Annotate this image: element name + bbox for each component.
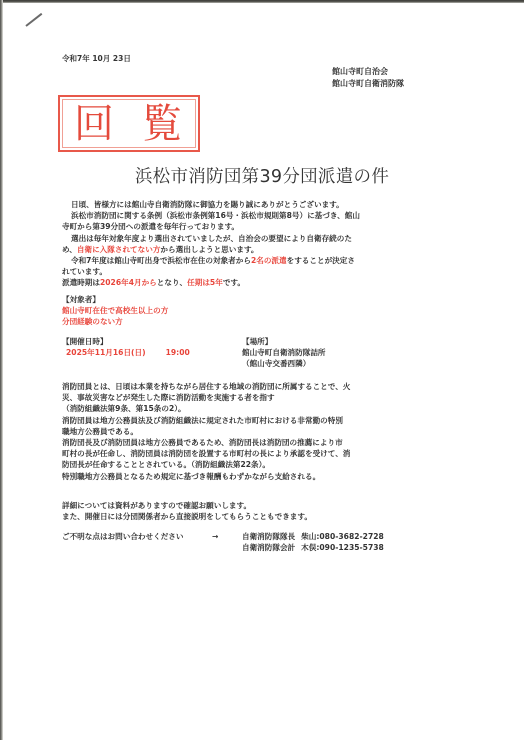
location-name: 館山寺町自衛消防隊詰所	[242, 347, 442, 358]
document-date: 令和7年 10月 23日	[62, 53, 131, 64]
page-title: 浜松市消防団第39分団派遣の件	[0, 163, 524, 188]
target-item: 館山寺町在住で高校生以上の方	[62, 305, 462, 316]
text: です。	[223, 278, 245, 287]
contact-role: 自衛消防隊隊長	[242, 531, 295, 542]
schedule-date: 2025年11月16日(日)	[66, 348, 146, 357]
explanation-line: 消防団員とは、日頃は本業を持ちながら居住する地域の消防団に所属することで、火	[62, 381, 462, 392]
stamp-char-2: 覧	[142, 104, 182, 144]
location-section: 【場所】 館山寺町自衛消防隊詰所 （館山寺交番西隣）	[242, 336, 442, 370]
highlight-non-member: 自衛に入隊されてない方	[77, 245, 161, 254]
details-line: 詳細については資料がありますので確認お願いします。	[62, 500, 462, 511]
explanation-line: 特別職地方公務員となるため規定に基づき報酬もわずかながら支給される。	[62, 471, 462, 482]
target-heading: 【対象者】	[62, 294, 462, 305]
text: となり、	[157, 278, 187, 287]
details-paragraph: 詳細については資料がありますので確認お願いします。 また、開催日には分団関係者か…	[62, 500, 462, 522]
details-line: また、開催日には分団関係者から直接説明をしてもらうこともできます。	[62, 511, 462, 522]
schedule-section: 【開催日時】 2025年11月16日(日)19:00	[62, 336, 212, 358]
pen-mark	[25, 13, 42, 27]
text: め、	[62, 245, 77, 254]
intro-line: 選出は毎年対象年度より選出されていましたが、自治会の要望により自衛存続のた	[62, 233, 462, 244]
contact-phone: 080-3682-2728	[319, 531, 383, 542]
intro-line: 浜松市消防団に関する条例（浜松市条例第16号・浜松市規則第8号）に基づき、館山	[62, 210, 462, 221]
text: 派遣時期は	[62, 278, 100, 287]
explanation-line: 防団長が任命することとされている。（消防組織法第22条）。	[62, 459, 462, 470]
intro-line: 日頃、皆様方には館山寺自衛消防隊に御協力を賜り誠にありがとうございます。	[62, 199, 462, 210]
contact-section: ご不明な点はお問い合わせください → 自衛消防隊隊長 柴山 : 080-3682…	[62, 531, 502, 553]
text: をすることが決定さ	[287, 256, 355, 265]
contact-name: 木俣	[301, 542, 316, 553]
contact-row: 自衛消防隊会計 木俣 : 090-1235-5738	[62, 542, 502, 553]
sender-association: 館山寺町自治会	[332, 66, 404, 78]
arrow-right-icon: →	[212, 531, 242, 542]
target-item: 分団経験のない方	[62, 316, 462, 327]
scan-shadow-top	[0, 0, 524, 3]
explanation-line: 災、事故災害などが発生した際に消防活動を実施する者を指す	[62, 392, 462, 403]
contact-role: 自衛消防隊会計	[242, 542, 295, 553]
sender-block: 館山寺町自治会 館山寺町自衛消防隊	[332, 66, 404, 90]
location-note: （館山寺交番西隣）	[242, 358, 442, 369]
location-heading: 【場所】	[242, 336, 442, 347]
schedule-time: 19:00	[166, 348, 190, 357]
explanation-line: 消防団員は地方公務員法及び消防組織法に規定された市町村における非常勤の特別	[62, 415, 462, 426]
contact-phone: 090-1235-5738	[319, 542, 383, 553]
spacer	[62, 542, 242, 553]
text: から選出しようと思います。	[160, 245, 258, 254]
contact-name: 柴山	[301, 531, 316, 542]
highlight-start-date: 2026年4月から	[100, 278, 157, 287]
circulation-stamp: 回 覧	[58, 95, 200, 152]
schedule-datetime: 2025年11月16日(日)19:00	[62, 347, 212, 358]
intro-paragraph: 日頃、皆様方には館山寺自衛消防隊に御協力を賜り誠にありがとうございます。 浜松市…	[62, 199, 462, 289]
intro-line: 令和7年度は館山寺町出身で浜松市在住の対象者から2名の派遣をすることが決定さ	[62, 255, 462, 266]
highlight-dispatch-count: 2名の派遣	[251, 256, 287, 265]
explanation-line: 町村の長が任命し、消防団員は消防団を設置する市町村の長により承認を受けて、消	[62, 448, 462, 459]
explanation-paragraph: 消防団員とは、日頃は本業を持ちながら居住する地域の消防団に所属することで、火 災…	[62, 381, 462, 482]
explanation-line: 消防団長及び消防団員は地方公務員であるため、消防団長は消防団の推薦により市	[62, 437, 462, 448]
intro-line: 派遣時期は2026年4月からとなり、任期は5年です。	[62, 277, 462, 288]
intro-line: め、自衛に入隊されてない方から選出しようと思います。	[62, 244, 462, 255]
explanation-line: （消防組織法第9条、第15条の2）。	[62, 403, 462, 414]
scan-shadow-left	[0, 0, 3, 740]
target-section: 【対象者】 館山寺町在住で高校生以上の方 分団経験のない方	[62, 294, 462, 328]
contact-row: ご不明な点はお問い合わせください → 自衛消防隊隊長 柴山 : 080-3682…	[62, 531, 502, 542]
schedule-heading: 【開催日時】	[62, 336, 212, 347]
sender-fire-brigade: 館山寺町自衛消防隊	[332, 78, 404, 90]
contact-prompt: ご不明な点はお問い合わせください	[62, 531, 212, 542]
intro-line: 寺町から第39分団への派遣を毎年行っております。	[62, 221, 462, 232]
intro-line: れています。	[62, 266, 462, 277]
stamp-char-1: 回	[74, 104, 114, 144]
text: 令和7年度は館山寺町出身で浜松市在住の対象者から	[71, 256, 251, 265]
highlight-term: 任期は5年	[187, 278, 223, 287]
explanation-line: 職地方公務員である。	[62, 426, 462, 437]
